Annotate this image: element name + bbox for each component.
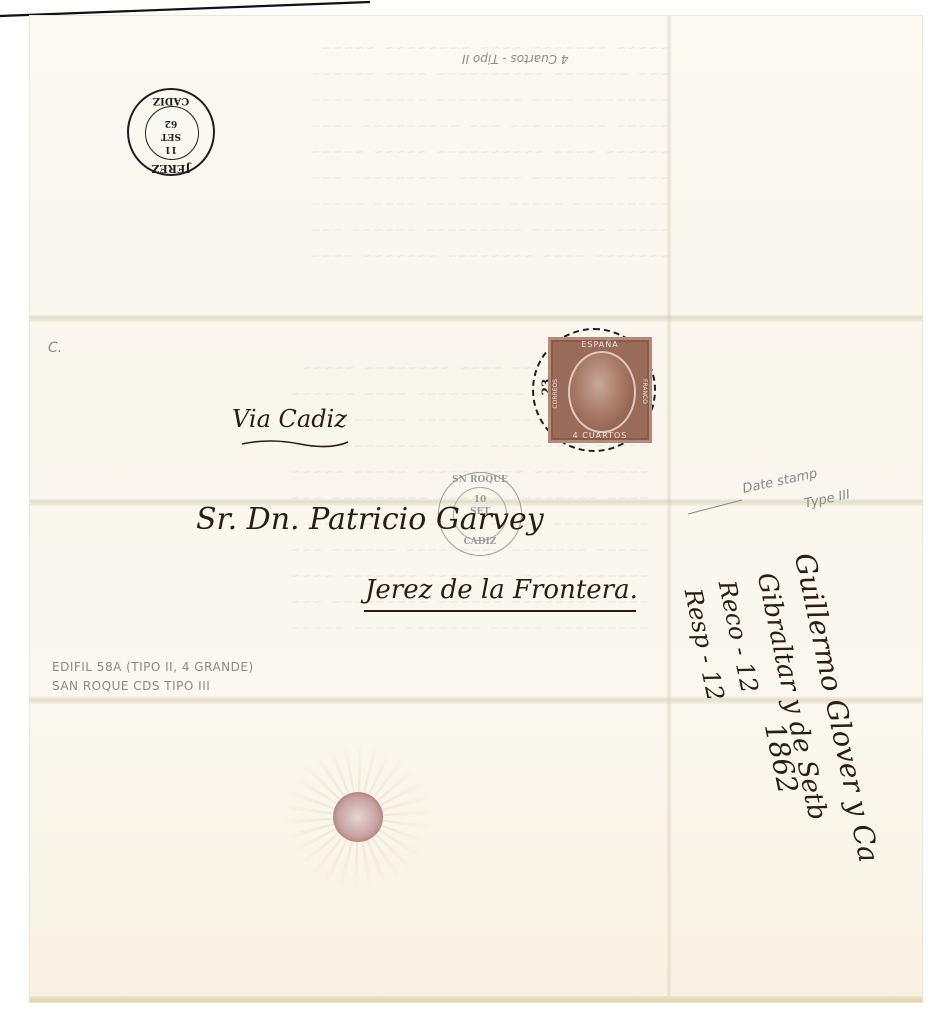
pencil-note-edifil: EDIFIL 58A (TIPO II, 4 GRANDE): [52, 660, 254, 674]
postmark-town: SN ROQUE: [439, 475, 521, 485]
stamp-side-left: CORREOS: [552, 379, 559, 409]
city-underline: [364, 610, 636, 612]
postmark-province: CADIZ: [129, 95, 213, 106]
stamp-country: ESPAÑA: [570, 340, 630, 349]
stamp-value: 4 CUARTOS: [566, 431, 634, 440]
postmark-day: 11: [129, 144, 213, 154]
stamp-side-right: FRANCO: [641, 379, 648, 404]
pencil-note-left: C.: [48, 340, 62, 356]
postmark-town: JEREZ: [129, 162, 213, 175]
pencil-note-cds: SAN ROQUE CDS TIPO III: [52, 679, 210, 693]
recipient-city: Jerez de la Frontera.: [365, 575, 638, 605]
fold-line: [30, 314, 922, 322]
jerez-postmark: JEREZ 11 SET 62 CADIZ: [127, 88, 215, 176]
postage-stamp: ESPAÑA CORREOS FRANCO 4 CUARTOS: [548, 337, 652, 443]
postmark-month: SET: [129, 131, 213, 141]
routing-underline: [240, 436, 350, 450]
postmark-province: CADIZ: [439, 537, 521, 547]
routing-instruction: Via Cadiz: [232, 405, 347, 433]
recipient-name: Sr. Dn. Patricio Garvey: [196, 502, 544, 537]
queen-portrait: [568, 351, 636, 433]
pencil-note-top: 4 Cuartos - Tipo II: [462, 52, 569, 66]
fold-line: [666, 16, 672, 1002]
wax-seal: [333, 792, 383, 842]
pencil-arrow: [686, 498, 746, 518]
postmark-year: 62: [129, 118, 213, 128]
